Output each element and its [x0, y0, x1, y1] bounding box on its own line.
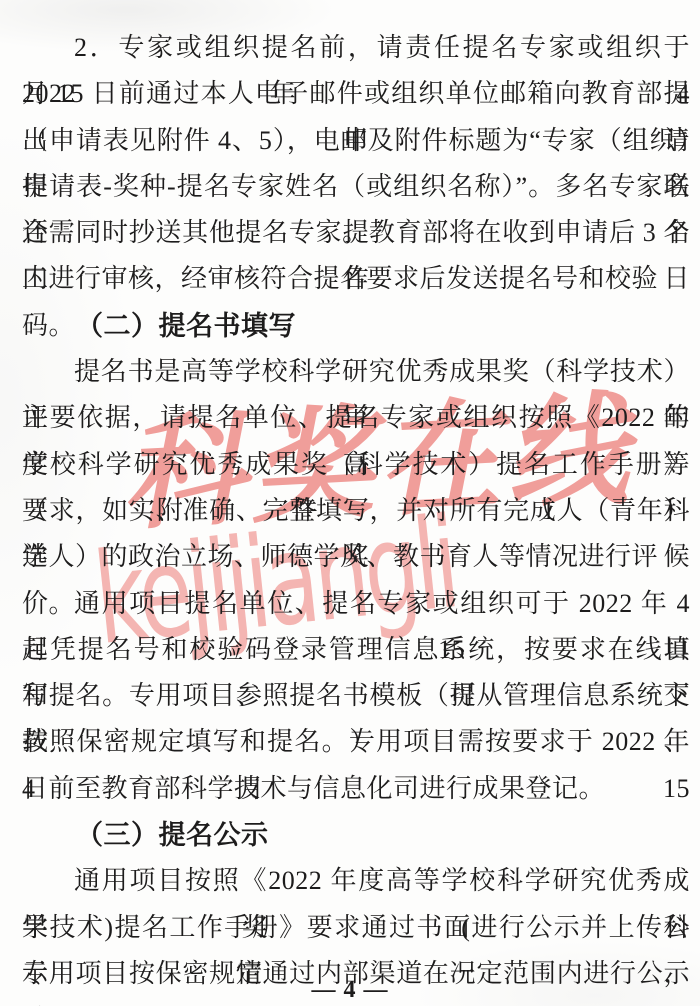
paragraph-2-line-5: 选人）的政治立场、师德学风、教书育人等情况进行评价。	[22, 534, 690, 580]
paragraph-4-line-1: 通用项目按照《2022 年度高等学校科学研究优秀成果奖(科	[22, 858, 690, 904]
paragraph-3-line-4: 按照保密规定填写和提名。专用项目需按要求于 2022 年 4 月 15	[22, 719, 690, 765]
paragraph-4-line-2: 学技术)提名工作手册》要求通过书面进行公示并上传公示情况，	[22, 905, 690, 951]
paragraph-3-line-2: 起凭提名号和校验码登录管理信息系统，按要求在线填写、提交	[22, 627, 690, 673]
paragraph-1-line-2: 月 15 日前通过本人电子邮件或组织单位邮箱向教育部提出申请	[22, 71, 690, 117]
paragraph-2-line-2: 主要依据，请提名单位、提名专家或组织按照《2022 年度高等	[22, 395, 690, 441]
document-page: 科奖在线 kejijiangli 2．专家或组织提名前，请责任提名专家或组织于 …	[0, 0, 700, 1006]
paragraph-3-line-3: 和提名。专用项目参照提名书模板（可从管理信息系统下载）、	[22, 673, 690, 719]
paragraph-1-line-4: 申请表-奖种-提名专家姓名（或组织名称）”。多名专家联合提名	[22, 164, 690, 210]
page-footer: — 4 —	[0, 977, 700, 1003]
paragraph-1-line-1: 2．专家或组织提名前，请责任提名专家或组织于 2022 年 4	[22, 25, 690, 71]
paragraph-3-line-5: 日前至教育部科学技术与信息化司进行成果登记。	[22, 766, 690, 812]
paragraph-1-line-5: 还需同时抄送其他提名专家。教育部将在收到申请后 3 个工作日	[22, 210, 690, 256]
paragraph-2-line-1: 提名书是高等学校科学研究优秀成果奖（科学技术）评审的	[22, 349, 690, 395]
section-heading-2: （二）提名书填写	[22, 303, 690, 349]
section-heading-3: （三）提名公示	[22, 812, 690, 858]
document-body: 2．专家或组织提名前，请责任提名专家或组织于 2022 年 4 月 15 日前通…	[22, 25, 690, 997]
paragraph-2-line-3: 学校科学研究优秀成果奖（科学技术）提名工作手册》（附件 1）	[22, 442, 690, 488]
paragraph-1-line-6: 内进行审核，经审核符合提名要求后发送提名号和校验码。	[22, 256, 690, 302]
paragraph-1-line-3: （申请表见附件 4、5），电邮及附件标题为“专家（组织）提名	[22, 118, 690, 164]
page-number: — 4 —	[312, 977, 389, 1003]
paragraph-3-line-1: 通用项目提名单位、提名专家或组织可于 2022 年 4 月 15 日	[22, 581, 690, 627]
paragraph-2-line-4: 要求，如实、准确、完整填写，并对所有完成人（青年科学奖候	[22, 488, 690, 534]
